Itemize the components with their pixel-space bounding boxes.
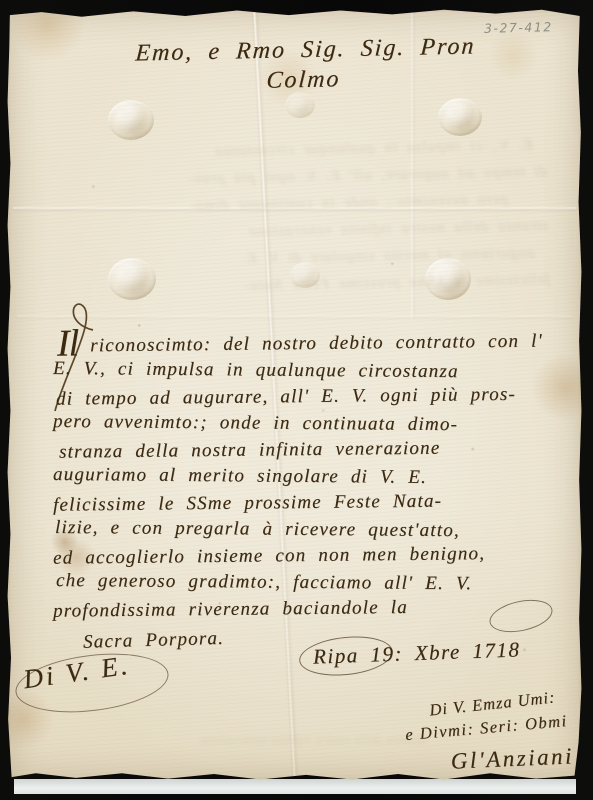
closing-block: Di V. Emza Umi: e Divmi: Seri: Obmi Gl'A… [314,699,574,777]
body-line: stranza della nostra infinita venerazion… [59,434,568,466]
embossed-seal [108,100,154,140]
body-line-text: riconoscimto: del nostro debito contratt… [90,331,543,357]
bleedthrough-text: E. V., ci impulsa in qualunque circostan… [39,132,549,305]
sender-abbreviation: Di V. E. [21,650,132,696]
scanner-edge-strip [14,779,576,794]
horizontal-fold-crease [13,207,576,209]
body-line: ed accoglierlo insieme con non men benig… [53,540,568,572]
manuscript-paper: E. V., ci impulsa in qualunque circostan… [7,9,582,781]
body-line: di tempo ad augurare, all' E. V. ogni pi… [56,381,568,413]
catalog-number: 3-27-412 [484,19,553,36]
horizontal-fold-crease [17,315,572,317]
embossed-seal [285,92,315,118]
letter-body: Il riconoscimto: del nostro debito contr… [53,331,568,649]
photo-background: E. V., ci impulsa in qualunque circostan… [0,0,593,800]
embossed-seal [290,262,320,288]
body-line: Il riconoscimto: del nostro debito contr… [57,328,568,360]
embossed-seal [108,258,156,300]
letter-heading: Emo, e Rmo Sig. Sig. Pron Colmo [120,31,489,99]
body-line: felicissime le SSme prossime Feste Nata- [53,487,568,519]
embossed-seal [438,98,482,136]
embossed-seal [425,258,471,300]
